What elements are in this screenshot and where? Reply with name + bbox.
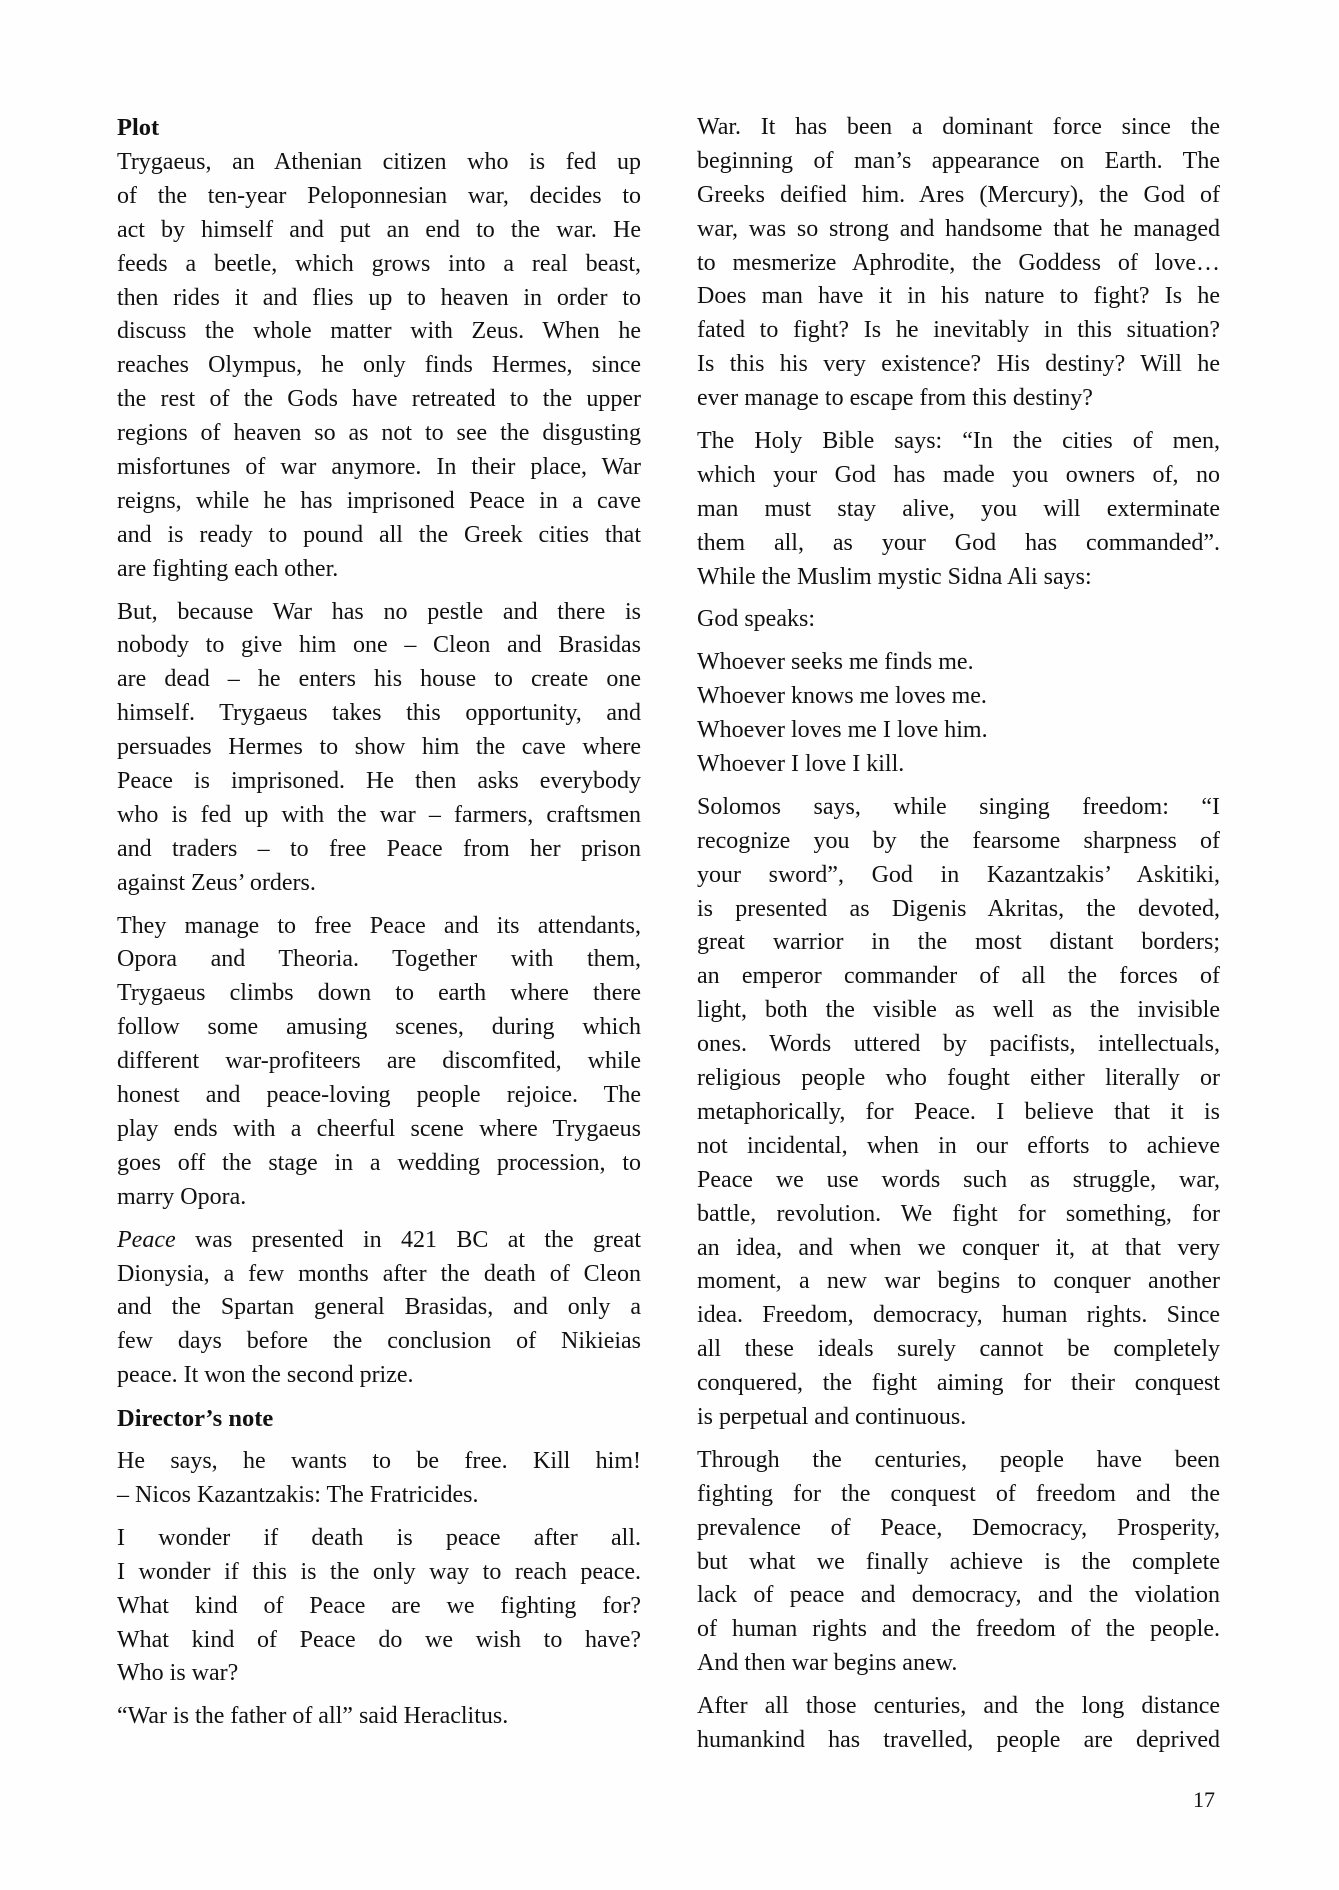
- text-line: And then war begins anew.: [697, 1647, 1220, 1681]
- text-line: recognize you by the fearsome sharpness …: [697, 825, 1220, 859]
- text-line: I wonder if death is peace after all.: [117, 1522, 641, 1556]
- text-line: – Nicos Kazantzakis: The Fratricides.: [117, 1479, 641, 1513]
- left-column: Plot Trygaeus, an Athenian citizen who i…: [117, 111, 641, 1743]
- text-line: Peace we use words such as struggle, war…: [697, 1164, 1220, 1198]
- text-line: Whoever loves me I love him.: [697, 714, 1220, 748]
- text-line: man must stay alive, you will exterminat…: [697, 493, 1220, 527]
- text-line: great warrior in the most distant border…: [697, 926, 1220, 960]
- text-line: but what we finally achieve is the compl…: [697, 1546, 1220, 1580]
- text-line: peace. It won the second prize.: [117, 1359, 641, 1393]
- text-line: What kind of Peace do we wish to have?: [117, 1624, 641, 1658]
- text-fragment: was presented in 421 BC at the great: [176, 1227, 641, 1253]
- section-heading-directors-note: Director’s note: [117, 1402, 641, 1436]
- page-number: 17: [1193, 1787, 1215, 1813]
- text-line: lack of peace and democracy, and the vio…: [697, 1579, 1220, 1613]
- text-line: nobody to give him one – Cleon and Brasi…: [117, 629, 641, 663]
- text-line: Solomos says, while singing freedom: “I: [697, 791, 1220, 825]
- text-line: are fighting each other.: [117, 553, 641, 587]
- paragraph: War. It has been a dominant force since …: [697, 111, 1220, 416]
- text-line: play ends with a cheerful scene where Tr…: [117, 1113, 641, 1147]
- document-page: Plot Trygaeus, an Athenian citizen who i…: [0, 0, 1339, 1890]
- text-line: War. It has been a dominant force since …: [697, 111, 1220, 145]
- text-line: Opora and Theoria. Together with them,: [117, 943, 641, 977]
- text-line: Whoever I love I kill.: [697, 748, 1220, 782]
- paragraph: After all those centuries, and the long …: [697, 1690, 1220, 1758]
- text-line: himself. Trygaeus takes this opportunity…: [117, 697, 641, 731]
- text-line: reaches Olympus, he only finds Hermes, s…: [117, 349, 641, 383]
- poem-block: Whoever seeks me finds me.Whoever knows …: [697, 646, 1220, 782]
- text-line: ones. Words uttered by pacifists, intell…: [697, 1028, 1220, 1062]
- text-line: different war-profiteers are discomfited…: [117, 1045, 641, 1079]
- paragraph-lines: Dionysia, a few months after the death o…: [117, 1258, 641, 1394]
- text-line: Through the centuries, people have been: [697, 1444, 1220, 1478]
- text-line: to mesmerize Aphrodite, the Goddess of l…: [697, 247, 1220, 281]
- text-line: After all those centuries, and the long …: [697, 1690, 1220, 1724]
- text-line: reigns, while he has imprisoned Peace in…: [117, 485, 641, 519]
- text-line: They manage to free Peace and its attend…: [117, 910, 641, 944]
- text-line: honest and peace-loving people rejoice. …: [117, 1079, 641, 1113]
- text-line: Who is war?: [117, 1657, 641, 1691]
- paragraph: The Holy Bible says: “In the cities of m…: [697, 425, 1220, 594]
- text-line: Greeks deified him. Ares (Mercury), the …: [697, 179, 1220, 213]
- text-line: act by himself and put an end to the war…: [117, 214, 641, 248]
- text-line: metaphorically, for Peace. I believe tha…: [697, 1096, 1220, 1130]
- text-line: conquered, the fight aiming for their co…: [697, 1367, 1220, 1401]
- text-line: Is this his very existence? His destiny?…: [697, 348, 1220, 382]
- text-line: moment, a new war begins to conquer anot…: [697, 1265, 1220, 1299]
- section-heading-plot: Plot: [117, 111, 641, 145]
- text-line: your sword”, God in Kazantzakis’ Askitik…: [697, 859, 1220, 893]
- paragraph: “War is the father of all” said Heraclit…: [117, 1700, 641, 1734]
- text-line: follow some amusing scenes, during which: [117, 1011, 641, 1045]
- text-line: ever manage to escape from this destiny?: [697, 382, 1220, 416]
- text-line: are dead – he enters his house to create…: [117, 663, 641, 697]
- text-line: misfortunes of war anymore. In their pla…: [117, 451, 641, 485]
- text-line: is perpetual and continuous.: [697, 1401, 1220, 1435]
- text-line: few days before the conclusion of Nikiei…: [117, 1325, 641, 1359]
- text-line: an idea, and when we conquer it, at that…: [697, 1232, 1220, 1266]
- text-line: God speaks:: [697, 603, 1220, 637]
- text-line: all these ideals surely cannot be comple…: [697, 1333, 1220, 1367]
- text-line: and is ready to pound all the Greek citi…: [117, 519, 641, 553]
- text-line: Trygaeus climbs down to earth where ther…: [117, 977, 641, 1011]
- text-line: Peace was presented in 421 BC at the gre…: [117, 1224, 641, 1258]
- text-line: and the Spartan general Brasidas, and on…: [117, 1291, 641, 1325]
- text-line: Does man have it in his nature to fight?…: [697, 280, 1220, 314]
- text-line: Whoever seeks me finds me.: [697, 646, 1220, 680]
- text-line: is presented as Digenis Akritas, the dev…: [697, 893, 1220, 927]
- text-line: The Holy Bible says: “In the cities of m…: [697, 425, 1220, 459]
- text-line: discuss the whole matter with Zeus. When…: [117, 315, 641, 349]
- text-line: humankind has travelled, people are depr…: [697, 1724, 1220, 1758]
- text-line: Trygaeus, an Athenian citizen who is fed…: [117, 146, 641, 180]
- paragraph: Through the centuries, people have beenf…: [697, 1444, 1220, 1681]
- text-line: goes off the stage in a wedding processi…: [117, 1147, 641, 1181]
- text-line: against Zeus’ orders.: [117, 867, 641, 901]
- text-line: I wonder if this is the only way to reac…: [117, 1556, 641, 1590]
- text-line: religious people who fought either liter…: [697, 1062, 1220, 1096]
- text-line: Dionysia, a few months after the death o…: [117, 1258, 641, 1292]
- text-line: prevalence of Peace, Democracy, Prosperi…: [697, 1512, 1220, 1546]
- paragraph: They manage to free Peace and its attend…: [117, 910, 641, 1215]
- text-line: But, because War has no pestle and there…: [117, 596, 641, 630]
- text-line: who is fed up with the war – farmers, cr…: [117, 799, 641, 833]
- paragraph: I wonder if death is peace after all.I w…: [117, 1522, 641, 1691]
- play-title-italic: Peace: [117, 1227, 176, 1253]
- text-line: Peace is imprisoned. He then asks everyb…: [117, 765, 641, 799]
- text-line: marry Opora.: [117, 1181, 641, 1215]
- paragraph: God speaks:: [697, 603, 1220, 637]
- paragraph: Trygaeus, an Athenian citizen who is fed…: [117, 146, 641, 587]
- text-line: What kind of Peace are we fighting for?: [117, 1590, 641, 1624]
- text-line: “War is the father of all” said Heraclit…: [117, 1700, 641, 1734]
- paragraph: He says, he wants to be free. Kill him!–…: [117, 1445, 641, 1513]
- text-line: of the ten-year Peloponnesian war, decid…: [117, 180, 641, 214]
- paragraph: But, because War has no pestle and there…: [117, 596, 641, 901]
- text-line: fighting for the conquest of freedom and…: [697, 1478, 1220, 1512]
- text-line: the rest of the Gods have retreated to t…: [117, 383, 641, 417]
- text-line: idea. Freedom, democracy, human rights. …: [697, 1299, 1220, 1333]
- paragraph: Peace was presented in 421 BC at the gre…: [117, 1224, 641, 1393]
- text-line: battle, revolution. We fight for somethi…: [697, 1198, 1220, 1232]
- text-line: of human rights and the freedom of the p…: [697, 1613, 1220, 1647]
- text-line: Whoever knows me loves me.: [697, 680, 1220, 714]
- text-line: and traders – to free Peace from her pri…: [117, 833, 641, 867]
- text-line: persuades Hermes to show him the cave wh…: [117, 731, 641, 765]
- text-line: which your God has made you owners of, n…: [697, 459, 1220, 493]
- text-line: them all, as your God has commanded”.: [697, 527, 1220, 561]
- text-line: beginning of man’s appearance on Earth. …: [697, 145, 1220, 179]
- text-line: an emperor commander of all the forces o…: [697, 960, 1220, 994]
- text-line: feeds a beetle, which grows into a real …: [117, 248, 641, 282]
- text-line: While the Muslim mystic Sidna Ali says:: [697, 561, 1220, 595]
- paragraph: Solomos says, while singing freedom: “Ir…: [697, 791, 1220, 1435]
- text-line: war, was so strong and handsome that he …: [697, 213, 1220, 247]
- text-line: fated to fight? Is he inevitably in this…: [697, 314, 1220, 348]
- text-line: He says, he wants to be free. Kill him!: [117, 1445, 641, 1479]
- text-line: not incidental, when in our efforts to a…: [697, 1130, 1220, 1164]
- text-line: light, both the visible as well as the i…: [697, 994, 1220, 1028]
- text-line: then rides it and flies up to heaven in …: [117, 282, 641, 316]
- text-line: regions of heaven so as not to see the d…: [117, 417, 641, 451]
- right-column: War. It has been a dominant force since …: [697, 111, 1220, 1767]
